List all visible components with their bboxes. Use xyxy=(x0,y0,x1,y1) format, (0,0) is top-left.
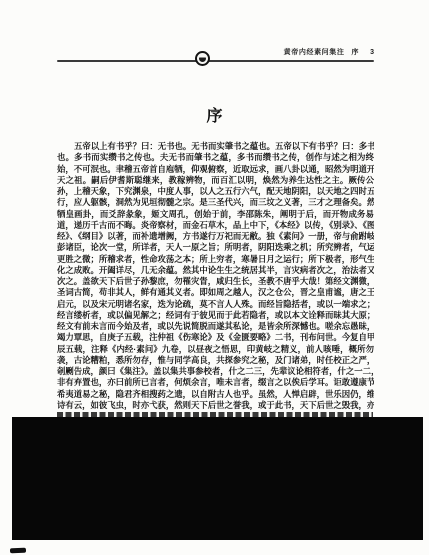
preface-body: 五帝以上有书乎？曰：无书也。无书而实肇书之蕴也。五帝以下有书乎？曰：多书 也。多… xyxy=(57,141,374,411)
body-line: 化之成败。开阖详尽，几无余蕴。然其中论生生之统居其半，言灾病者次之，治法者又 xyxy=(57,265,374,276)
preface-title: 序 xyxy=(0,103,429,126)
page-header: 黄帝内经素问集注 序 3 xyxy=(230,47,374,57)
body-line: 次之。盖欲天下后世子孙黎庶，勿罹灾眚，咸归生长，圣教不唐乎大哉！第经文渊微， xyxy=(57,276,374,287)
body-line: 非有弃置也，亦曰前所已言者，何烦余言，唯未言者，缀言之以俟后学耳。讵敢遵康节 xyxy=(57,377,374,388)
header-section-label: 序 xyxy=(351,47,359,57)
header-rule xyxy=(57,60,374,62)
book-page: 黄帝内经素问集注 序 3 序 五帝以上有书乎？曰：无书也。无书而实肇书之蕴也。五… xyxy=(0,0,429,555)
running-title: 黄帝内经素问集注 xyxy=(284,47,345,57)
body-line: 天之祖。嗣后伊耆斯聪继来，教稼辨物，而百汇以明，焕然为养生达性之主。厥传公 xyxy=(57,175,374,186)
body-line: 经文有前未言而今始及者，或以先说简脱而遂其私论，是皆余所深憾也。嗟余忘愚昧， xyxy=(57,321,374,332)
body-line: 剞劂告成，颜曰《集注》。盖以集共事参校者，什之二三，先辈议论相符者，什之一二， xyxy=(57,366,374,377)
body-line: 启元，以及宋元明诸名家，迭为论疏，莫不言人人殊。而经旨隐括者，或以一端求之； xyxy=(57,299,374,310)
body-line: 孙，上稽天象，下究渊泉，中度人事，以人之五行六气，配天地阴阳，以天地之四时五 xyxy=(57,186,374,197)
publisher-seal-icon xyxy=(195,51,210,66)
body-line: 彭诸臣，论次一堂，所详者，天人一原之旨；所明者，阴阳迭乘之机；所究辨者，气运 xyxy=(57,242,374,253)
body-line: 道，递历千古而不晦。炎帝察材，而金石草木，品上中下，《本经》以传，《别录》、《图 xyxy=(57,220,374,231)
body-line: 行，应人躯骸，洞然为见垣彻髓之宗。是三圣代兴，而三坟之义著，三才之理备矣。然 xyxy=(57,197,374,208)
body-line: 圣词古简，苟非其人，鲜有通其义者。即如周之越人，汉之仓公，晋之皇甫谧，唐之王 xyxy=(57,287,374,298)
body-line: 也。多书而实缵书之传也。夫无书而肇书之蕴，多书而缵书之传，创作与述之相为终 xyxy=(57,152,374,163)
body-line: 袭，古论糟粕，悉所勿存，惟与同学高良，共探参究之秘，及门诸弟，时任校正之严， xyxy=(57,355,374,366)
body-line: 经》、《纲目》以著，而补遗增阙，方书遂行万祀而无敝。独《素问》一册，帝与俞跗岐 xyxy=(57,231,374,242)
body-line: 竭力覃思，自庚子五载，注仲祖《伤寒论》及《金匮要略》二书，刊布问世。今复自甲 xyxy=(57,332,374,343)
body-line: 牺皇画卦，而爻辞彖象，姬文周孔，创始于前，李邵陈朱，阐明于后，而开物成务易 xyxy=(57,209,374,220)
body-line: 辰五载，注释《内经·素问》九卷，以昼夜之悟思，印黄岐之精义，前人咳唾，概所勿 xyxy=(57,344,374,355)
scan-black-band xyxy=(12,417,423,540)
page-number: 3 xyxy=(370,49,374,56)
body-line: 始，不可泯也。聿稽五帝首自庖牺，仰观俯察，近取远求，画八卦以通，昭然为明道开 xyxy=(57,164,374,175)
body-line: 更胜之微；所稽求者，性命攻荡之本；所上穷者，寒暑日月之运行；所下极者，形气生 xyxy=(57,254,374,265)
body-line: 经言缕析者，或以偏见解之；经词有于彼见而于此若隐者，或以本文诠释而昧其大原； xyxy=(57,310,374,321)
body-line: 五帝以上有书乎？曰：无书也。无书而实肇书之蕴也。五帝以下有书乎？曰：多书 xyxy=(57,141,374,152)
scan-speck xyxy=(10,548,26,554)
body-line: 希夷道易之秘，隐君齐相搜药之遗，以自附古人也乎。虽然，人惮启辟，世乐因仍，维 xyxy=(57,389,374,400)
body-line: 诗有云，如彼飞虫，时亦弋获，然则天下后世之誉我，或于此书，天下后世之毁我，亦 xyxy=(57,400,374,411)
